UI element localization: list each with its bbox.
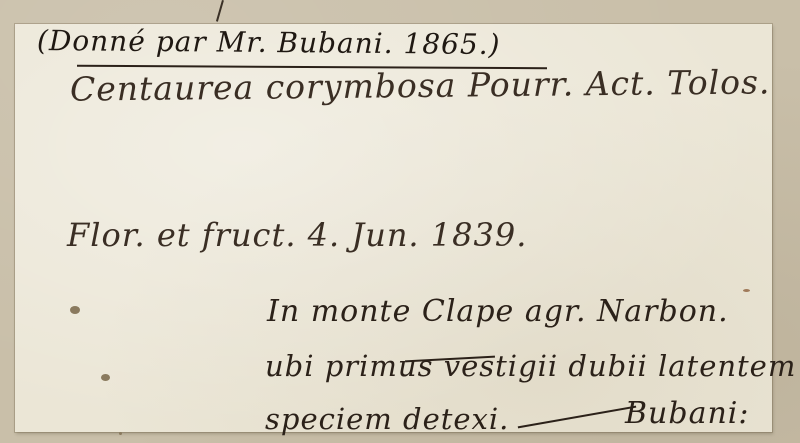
- provenance-line: (Donné par Mr. Bubani. 1865.): [37, 24, 501, 61]
- herbarium-label-paper: (Donné par Mr. Bubani. 1865.) Centaurea …: [15, 24, 772, 432]
- mount-pencil-mark: [216, 0, 224, 22]
- paper-speck: [101, 374, 110, 381]
- paper-speck: [70, 306, 80, 314]
- note-line-2: speciem detexi.: [265, 402, 509, 436]
- locality-line: In monte Clape agr. Narbon.: [267, 294, 729, 329]
- taxon-name-line: Centaurea corymbosa Pourr. Act. Tolos.: [70, 62, 771, 108]
- collector-signature: Bubani:: [625, 396, 749, 431]
- pen-flourish: [518, 406, 637, 429]
- note-line-1: ubi primus vestigii dubii latentem: [265, 349, 796, 383]
- paper-speck: [743, 289, 750, 292]
- paper-speck: [119, 432, 122, 435]
- phenology-date-line: Flor. et fruct. 4. Jun. 1839.: [67, 216, 527, 254]
